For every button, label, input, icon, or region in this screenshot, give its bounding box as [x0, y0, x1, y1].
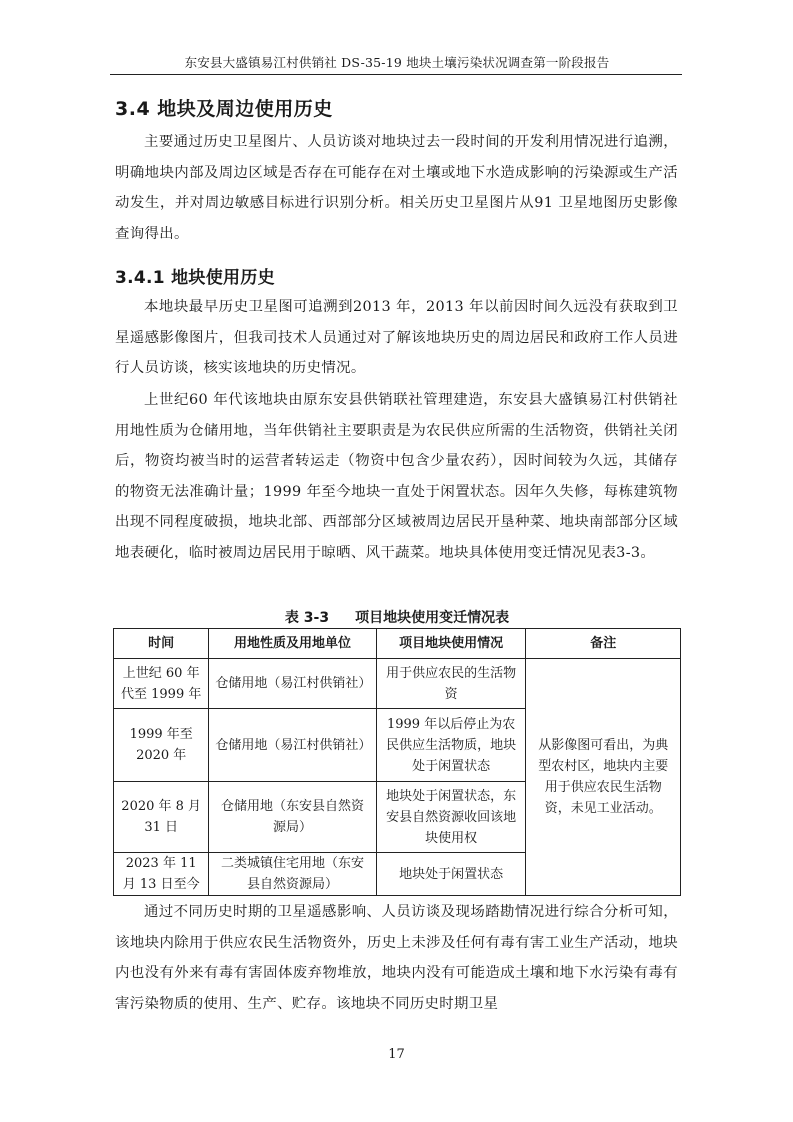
cell-land-use: 仓储用地（易江村供销社） [209, 659, 376, 709]
header-divider [110, 74, 682, 75]
cell-time: 上世纪 60 年代至 1999 年 [114, 659, 209, 709]
column-header-remark: 备注 [526, 629, 681, 659]
cell-land-use: 仓储用地（东安县自然资源局） [209, 782, 376, 853]
cell-time: 2020 年 8 月 31 日 [114, 782, 209, 853]
column-header-land-use: 用地性质及用地单位 [209, 629, 376, 659]
document-page: 东安县大盛镇易江村供销社 DS-35-19 地块土壤污染状况调查第一阶段报告 3… [0, 0, 793, 1122]
column-header-usage: 项目地块使用情况 [376, 629, 526, 659]
cell-time: 2023 年 11 月 13 日至今 [114, 853, 209, 896]
table-caption-number: 表 3-3 [285, 610, 329, 626]
paragraph-land-history: 上世纪60 年代该地块由原东安县供销联社管理建造，东安县大盛镇易江村供销社用地性… [115, 385, 678, 569]
cell-land-use: 仓储用地（易江村供销社） [209, 709, 376, 782]
cell-land-use: 二类城镇住宅用地（东安县自然资源局） [209, 853, 376, 896]
table-caption: 表 3-3项目地块使用变迁情况表 [113, 607, 681, 627]
cell-remark: 从影像图可看出，为典型农村区，地块内主要用于供应农民生活物资，未见工业活动。 [526, 659, 681, 896]
column-header-time: 时间 [114, 629, 209, 659]
cell-usage: 地块处于闲置状态 [376, 853, 526, 896]
running-header: 东安县大盛镇易江村供销社 DS-35-19 地块土壤污染状况调查第一阶段报告 [113, 53, 681, 71]
section-heading: 3.4 地块及周边使用历史 [115, 94, 333, 121]
table-row: 上世纪 60 年代至 1999 年 仓储用地（易江村供销社） 用于供应农民的生活… [114, 659, 681, 709]
land-use-history-table: 时间 用地性质及用地单位 项目地块使用情况 备注 上世纪 60 年代至 1999… [113, 628, 681, 896]
page-number: 17 [0, 1047, 793, 1062]
cell-usage: 地块处于闲置状态，东安县自然资源收回该地块使用权 [376, 782, 526, 853]
table-caption-title: 项目地块使用变迁情况表 [355, 610, 509, 626]
cell-time: 1999 年至 2020 年 [114, 709, 209, 782]
section-intro-paragraph: 主要通过历史卫星图片、人员访谈对地块过去一段时间的开发利用情况进行追溯，明确地块… [115, 127, 678, 249]
table-header-row: 时间 用地性质及用地单位 项目地块使用情况 备注 [114, 629, 681, 659]
paragraph-satellite-history: 本地块最早历史卫星图可追溯到2013 年，2013 年以前因时间久远没有获取到卫… [115, 292, 678, 384]
cell-usage: 用于供应农民的生活物资 [376, 659, 526, 709]
cell-usage: 1999 年以后停止为农民供应生活物质，地块处于闲置状态 [376, 709, 526, 782]
subsection-heading: 3.4.1 地块使用历史 [115, 263, 275, 288]
paragraph-analysis-conclusion: 通过不同历史时期的卫星遥感影响、人员访谈及现场踏勘情况进行综合分析可知，该地块内… [115, 897, 678, 1019]
